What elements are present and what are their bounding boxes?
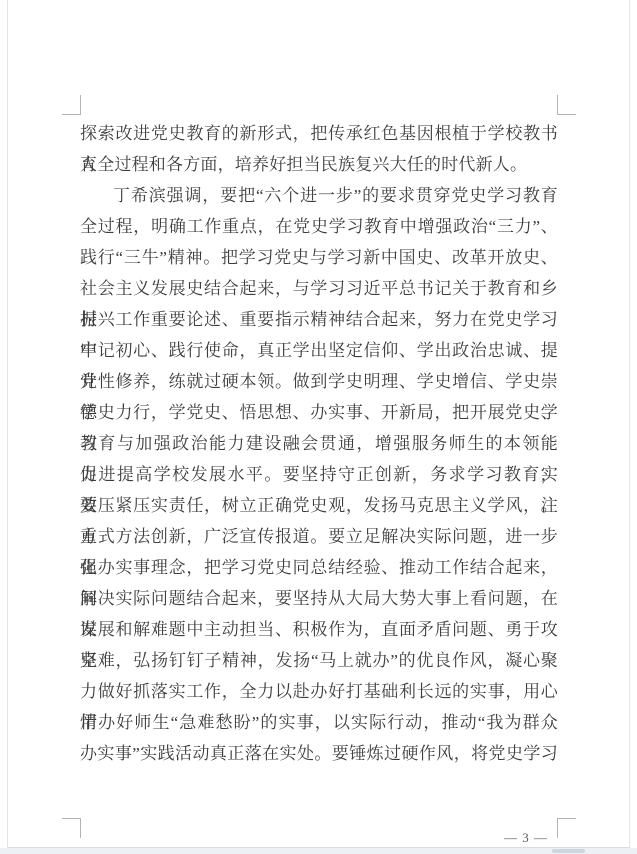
text-line: 党性修养，练就过硬本领。做到学史明理、学史增信、学史崇德、: [80, 366, 558, 397]
text-line: 要压紧压实责任，树立正确党史观，发扬马克思主义学风，注重: [80, 490, 558, 521]
text-line: 学史力行，学党史、悟思想、办实事、开新局，把开展党史学习: [80, 397, 558, 428]
text-line: 办实事”实践活动真正落在实处。要锤炼过硬作风，将党史学习: [80, 738, 558, 769]
text-line: 全过程，明确工作重点，在党史学习教育中增强政治“三力”、: [80, 211, 558, 242]
margin-mark-top-right-icon: [557, 95, 576, 115]
text-line: 情办好师生“急难愁盼”的实事，以实际行动，推动“我为群众: [80, 707, 558, 738]
text-line: 人全过程和各方面，培养好担当民族复兴大任的时代新人。: [80, 149, 558, 180]
text-line: 教育与加强政治能力建设融会贯通，增强服务师生的本领能力，: [80, 428, 558, 459]
text-line: 方式方法创新，广泛宣传报道。要立足解决实际问题，进一步强: [80, 521, 558, 552]
margin-mark-top-left-icon: [62, 95, 81, 115]
text-line: 践行“三牛”精神。把学习党史与学习新中国史、改革开放史、: [80, 242, 558, 273]
horizontal-scrollbar-thumb[interactable]: [552, 849, 585, 853]
text-line: 探索改进党史教育的新形式，把传承红色基因根植于学校教书育: [80, 118, 558, 149]
page-left-edge: [7, 0, 8, 847]
text-line: 社会主义发展史结合起来，与学习习近平总书记关于教育和乡村: [80, 273, 558, 304]
body-text: 探索改进党史教育的新形式，把传承红色基因根植于学校教书育人全过程和各方面，培养好…: [80, 118, 558, 769]
document-page: 探索改进党史教育的新形式，把传承红色基因根植于学校教书育人全过程和各方面，培养好…: [0, 0, 637, 854]
text-line: 振兴工作重要论述、重要指示精神结合起来，努力在党史学习中: [80, 304, 558, 335]
text-line: 力做好抓落实工作，全力以赴办好打基础利长远的实事，用心用: [80, 676, 558, 707]
margin-mark-bottom-left-icon: [62, 818, 81, 838]
text-line: 牢记初心、践行使命，真正学出坚定信仰、学出政治忠诚、提升: [80, 335, 558, 366]
page-right-edge: [629, 0, 630, 847]
window-bottom-strip: [0, 848, 637, 854]
page-number: — 3 —: [496, 829, 556, 847]
text-line: 发展和解难题中主动担当、积极作为，直面矛盾问题、勇于攻坚: [80, 614, 558, 645]
text-line: 丁希滨强调，要把“六个进一步”的要求贯穿党史学习教育: [80, 180, 558, 211]
text-line: 克难，弘扬钉钉子精神，发扬“马上就办”的优良作风，凝心聚: [80, 645, 558, 676]
text-line: 促进提高学校发展水平。要坚持守正创新，务求学习教育实效。: [80, 459, 558, 490]
margin-mark-bottom-right-icon: [557, 818, 576, 838]
text-line: 化办实事理念，把学习党史同总结经验、推动工作结合起来，同: [80, 552, 558, 583]
text-line: 解决实际问题结合起来，要坚持从大局大势大事上看问题，在谋: [80, 583, 558, 614]
